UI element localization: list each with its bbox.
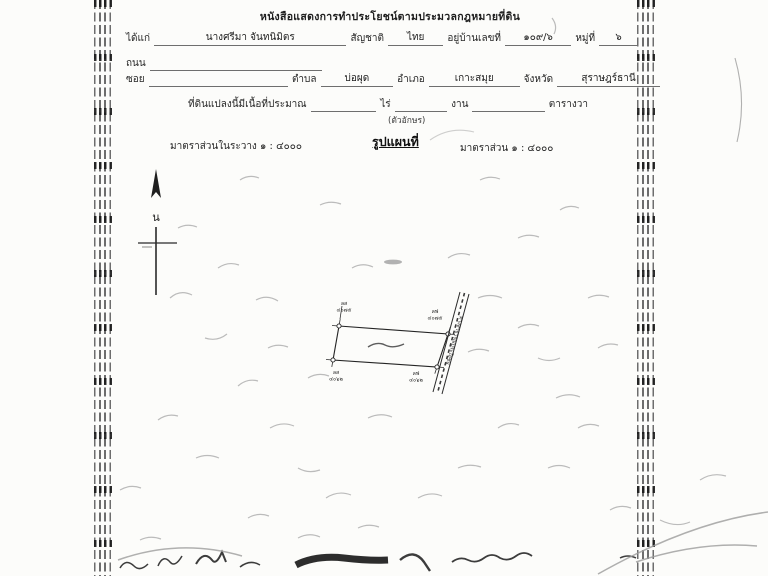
house-no-label: อยู่บ้านเลขที่ [447, 31, 501, 46]
marker-labels: ลส ๔๐๗๕ ลฟ ๔๐๗๕ ลส ๔๐๖๒ ลฟ ๔๐๖๒ [329, 301, 442, 384]
marker-bottom-left [331, 358, 335, 362]
smudge [384, 260, 402, 265]
chain-bold-marks [94, 0, 113, 576]
amphoe-value: เกาะสมุย [429, 71, 520, 87]
road-center-dashes [438, 293, 465, 393]
north-arrow: น [136, 167, 180, 297]
road-edge-line [442, 294, 469, 394]
scanned-land-document: หนังสือแสดงการทำประโยชน์ตามประมวลกฎหมายท… [0, 0, 768, 576]
owner-line: ได้แก่ นางศรีมา จันทนิมิตร สัญชาติ ไทย อ… [126, 30, 638, 46]
province-value: สุราษฎร์ธานี [557, 71, 660, 87]
nationality-value: ไทย [388, 30, 443, 46]
nationality-label: สัญชาติ [350, 31, 384, 46]
soi-label: ซอย [126, 72, 145, 87]
scale-map: มาตราส่วน ๑ : ๔๐๐๐ [460, 141, 553, 156]
north-arrow-head [151, 169, 161, 198]
road-label: ทางสาธารณประโยชน์ [444, 315, 465, 366]
page-title: หนังสือแสดงการทำประโยชน์ตามประมวลกฎหมายท… [130, 8, 650, 25]
house-no-value: ๑๐๙/๖ [505, 30, 571, 46]
road-edge-line [433, 292, 460, 392]
marker-label: ๔๐๗๕ [337, 308, 352, 314]
scale-in-sheet: มาตราส่วนในระวาง ๑ : ๔๐๐๐ [170, 139, 302, 154]
rai-value-blank [311, 111, 377, 112]
soi-value-blank [149, 86, 288, 87]
left-chain-border [94, 0, 113, 576]
plot-annotation-scrawl [368, 343, 404, 347]
rai-label: ไร่ [380, 97, 390, 112]
marker-top-left [337, 324, 341, 328]
moo-value: ๖ [599, 30, 638, 46]
marker-label: ลฟ [413, 371, 420, 377]
map-heading: รูปแผนที่ [372, 132, 419, 152]
ngan-value-blank [395, 111, 447, 112]
belongs-label: ได้แก่ [126, 31, 150, 46]
plot-boundary [333, 326, 448, 367]
road-line: ถนน [126, 56, 322, 71]
tambon-label: ตำบล [292, 72, 317, 87]
location-line: ซอย ตำบล บ่อผุด อำเภอ เกาะสมุย จังหวัด ส… [126, 71, 660, 87]
amphoe-label: อำเภอ [397, 72, 425, 87]
amount-hint: (ตัวอักษร) [388, 113, 425, 127]
moo-label: หมู่ที่ [575, 31, 595, 46]
area-line: ที่ดินแปลงนี้มีเนื้อที่ประมาณ ไร่ งาน ตา… [188, 97, 588, 112]
area-prefix: ที่ดินแปลงนี้มีเนื้อที่ประมาณ [188, 97, 307, 112]
tambon-value: บ่อผุด [321, 71, 394, 87]
marker-top-right [446, 332, 450, 336]
wah-value-blank [472, 111, 544, 112]
boundary-markers [331, 324, 450, 369]
marker-label: ลส [341, 301, 348, 307]
corner-extension-ticks [326, 306, 455, 374]
province-label: จังหวัด [524, 72, 553, 87]
marker-label: ลฟ [432, 309, 439, 315]
owner-name-value: นางศรีมา จันทนิมิตร [154, 30, 346, 46]
signature-scrawls [120, 552, 636, 571]
marker-label: ๔๐๗๕ [428, 316, 443, 322]
ngan-label: งาน [451, 97, 468, 112]
marker-bottom-right [435, 365, 439, 369]
road-label: ถนน [126, 56, 146, 71]
plot-map: ลส ๔๐๗๕ ลฟ ๔๐๗๕ ลส ๔๐๖๒ ลฟ ๔๐๖๒ ทางสาธาร… [300, 240, 530, 405]
signature-area [100, 542, 660, 576]
wah-label: ตารางวา [549, 97, 588, 112]
public-road: ทางสาธารณประโยชน์ [433, 292, 469, 394]
marker-label: ลส [333, 370, 340, 376]
north-label: น [152, 211, 160, 224]
marker-label: ๔๐๖๒ [409, 378, 423, 384]
marker-label: ๔๐๖๒ [329, 377, 343, 383]
